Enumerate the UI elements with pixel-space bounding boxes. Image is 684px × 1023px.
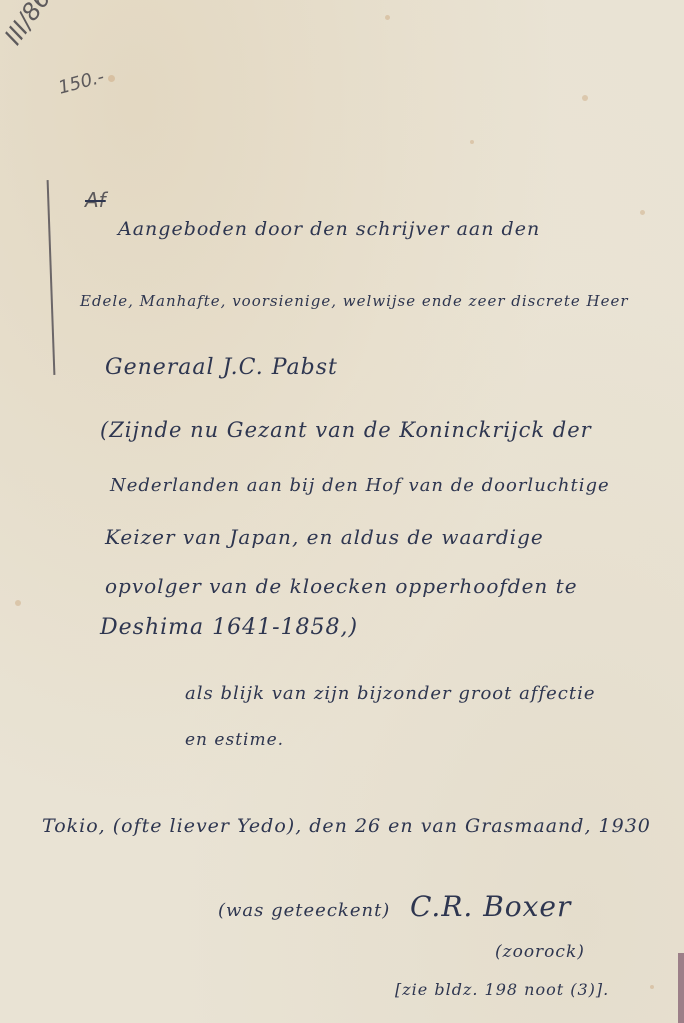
struck-mark: Af [85,188,106,212]
dedication-line-8: Deshima 1641-1858,) [100,615,358,640]
signature: C.R. Boxer [410,890,571,923]
foxing-spot [15,600,21,606]
foxing-spot [470,140,474,144]
foxing-spot [108,75,115,82]
place-date: Tokio, (ofte liever Yedo), den 26 en van… [42,815,651,837]
dedication-line-5: Nederlanden aan bij den Hof van de doorl… [110,475,610,496]
dedication-line-2: Edele, Manhafte, voorsienige, welwijse e… [80,292,629,310]
signed-label: (was geteeckent) [218,900,390,921]
price-note: 150.- [56,66,106,98]
catalog-mark: III/86 [0,0,56,50]
page-reference: [zie bldz. 198 noot (3)]. [395,980,609,999]
signature-note: (zoorock) [495,942,585,962]
dedication-line-1: Aangeboden door den schrijver aan den [118,218,540,240]
dedication-line-9: als blijk van zijn bijzonder groot affec… [185,683,596,704]
dedication-line-10: en estime. [185,730,284,750]
foxing-spot [650,985,654,989]
foxing-spot [582,95,588,101]
dedication-line-6: Keizer van Japan, en aldus de waardige [105,525,544,549]
page-edge [678,953,684,1023]
dedication-recipient: Generaal J.C. Pabst [105,355,338,380]
margin-line [47,180,56,375]
manuscript-page: III/86 150.- Af Aangeboden door den schr… [0,0,684,1023]
foxing-spot [640,210,645,215]
foxing-spot [385,15,390,20]
dedication-line-7: opvolger van de kloecken opperhoofden te [105,574,578,598]
dedication-line-4: (Zijnde nu Gezant van de Koninckrijck de… [100,418,592,442]
